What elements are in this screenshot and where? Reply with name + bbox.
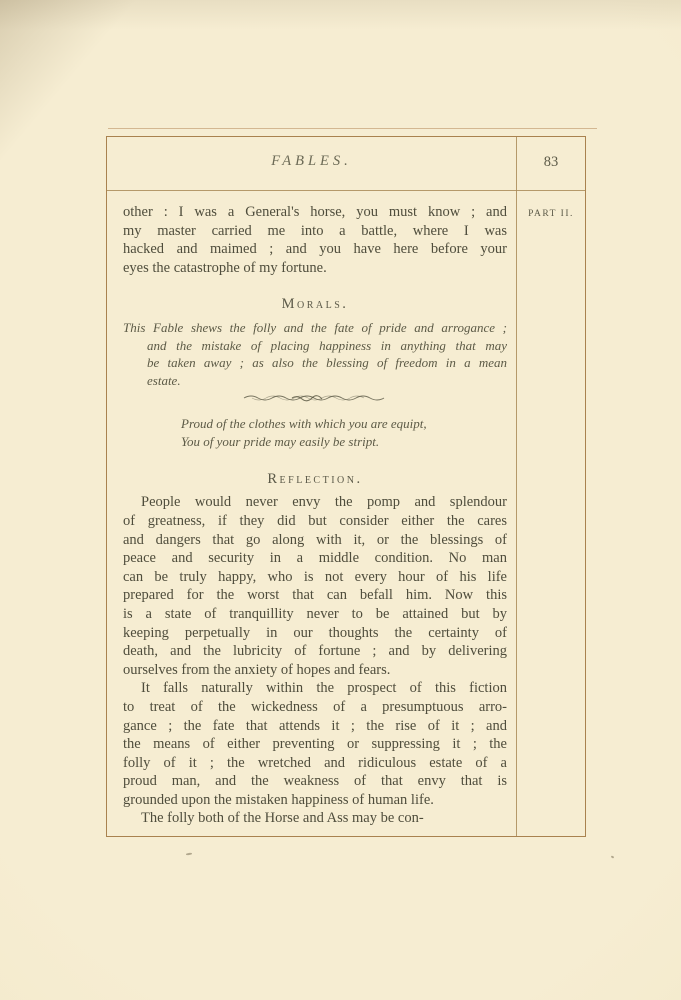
text-line: Proud of the clothes with which you are … [181, 415, 507, 433]
part-label: PART II. [516, 209, 586, 219]
book-page-scan: FABLES. 83 PART II. other : I was a Gene… [0, 0, 681, 1000]
running-title: FABLES. [107, 153, 516, 170]
text-line: People would never envy the pomp and spl… [123, 493, 507, 512]
text-line: eyes the catastrophe of my fortune. [123, 259, 507, 278]
text-line: peace and security in a middle condition… [123, 549, 507, 568]
text-line: my master carried me into a battle, wher… [123, 222, 507, 241]
text-line: grounded upon the mistaken happiness of … [123, 791, 507, 810]
verse: Proud of the clothes with which you are … [181, 415, 507, 450]
squiggle-icon [240, 392, 390, 404]
text-line: hacked and maimed ; and you have here be… [123, 240, 507, 259]
ghost-top-rule [108, 128, 597, 129]
morals-heading: Morals. [123, 296, 507, 313]
text-line: prepared for the worst that can befall h… [123, 586, 507, 605]
flourish-divider [123, 391, 507, 403]
scan-speck [611, 855, 615, 858]
text-line: the means of either preventing or suppre… [123, 735, 507, 754]
text-line: is a state of tranquillity never to be a… [123, 605, 507, 624]
text-line: to treat of the wickedness of a presumpt… [123, 698, 507, 717]
scan-speck [186, 853, 192, 856]
text-line: You of your pride may easily be stript. [181, 433, 507, 451]
text-line: gance ; the fate that attends it ; the r… [123, 717, 507, 736]
text-line: proud man, and the weakness of that envy… [123, 772, 507, 791]
reflection-paragraph-2: It falls naturally within the prospect o… [123, 679, 507, 809]
text-line: estate. [123, 372, 507, 390]
text-line: The folly both of the Horse and Ass may … [123, 809, 507, 828]
text-line: folly of it ; the wretched and ridiculou… [123, 754, 507, 773]
reflection-paragraph-1: People would never envy the pomp and spl… [123, 493, 507, 679]
text-line: death, and the lubricity of fortune ; an… [123, 642, 507, 661]
reflection-paragraph-3: The folly both of the Horse and Ass may … [123, 809, 507, 828]
text-line: be taken away ; as also the blessing of … [123, 354, 507, 372]
morals-text: This Fable shews the folly and the fate … [123, 319, 507, 389]
intro-paragraph: other : I was a General's horse, you mus… [123, 203, 507, 277]
page-number: 83 [516, 154, 586, 171]
text-column: other : I was a General's horse, you mus… [123, 190, 507, 828]
page-frame: FABLES. 83 PART II. other : I was a Gene… [106, 136, 586, 837]
text-line: and dangers that go along with it, or th… [123, 531, 507, 550]
text-line: It falls naturally within the prospect o… [123, 679, 507, 698]
text-line: can be truly happy, who is not every hou… [123, 568, 507, 587]
text-line: of greatness, if they did but consider e… [123, 512, 507, 531]
reflection-heading: Reflection. [123, 471, 507, 488]
text-line: and the mistake of placing happiness in … [123, 337, 507, 355]
text-line: keeping perpetually in our thoughts the … [123, 624, 507, 643]
text-line: ourselves from the anxiety of hopes and … [123, 661, 507, 680]
column-divider [516, 137, 517, 836]
text-line: other : I was a General's horse, you mus… [123, 203, 507, 222]
text-line: This Fable shews the folly and the fate … [123, 319, 507, 337]
